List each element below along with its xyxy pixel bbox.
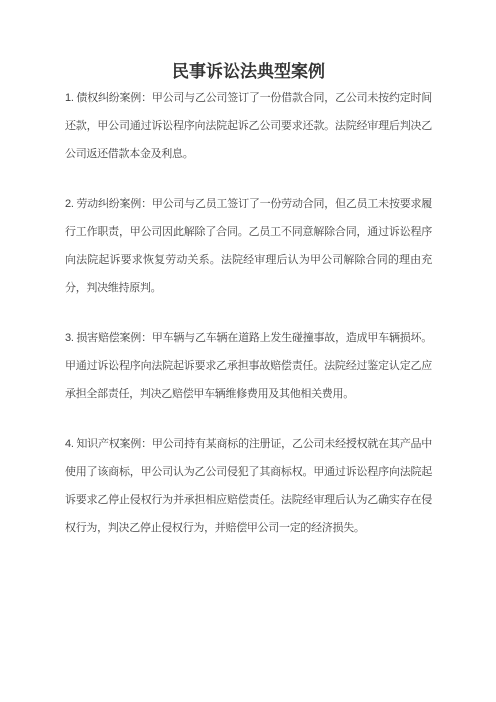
document-page: 民事诉讼法典型案例 1. 债权纠纷案例：甲公司与乙公司签订了一份借款合同，乙公司… <box>0 0 496 702</box>
case-paragraph-damage-compensation: 3. 损害赔偿案例：甲车辆与乙车辆在道路上发生碰撞事故，造成甲车辆损坏。甲通过诉… <box>65 324 432 408</box>
document-title: 民事诉讼法典型案例 <box>65 62 432 82</box>
case-paragraph-labor-dispute: 2. 劳动纠纷案例：甲公司与乙员工签订了一份劳动合同，但乙员工未按要求履行工作职… <box>65 190 432 302</box>
case-paragraph-debt-dispute: 1. 债权纠纷案例：甲公司与乙公司签订了一份借款合同，乙公司未按约定时间还款，甲… <box>65 84 432 168</box>
case-paragraph-intellectual-property: 4. 知识产权案例：甲公司持有某商标的注册证，乙公司未经授权就在其产品中使用了该… <box>65 430 432 542</box>
